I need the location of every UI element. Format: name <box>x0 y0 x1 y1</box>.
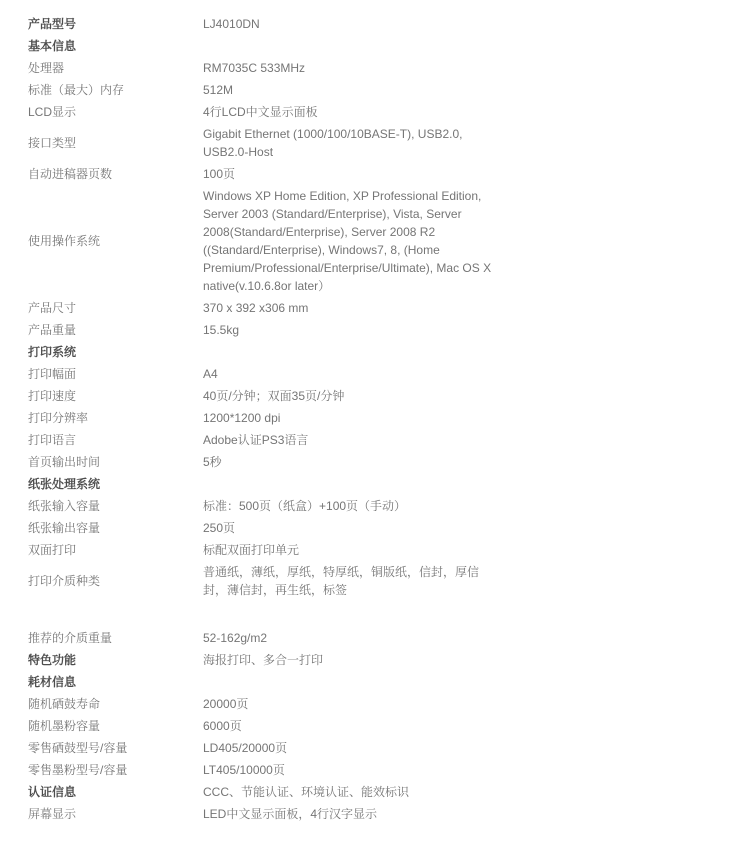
spec-row: LCD显示 4行LCD中文显示面板 <box>28 101 493 123</box>
spec-row: 打印语言 Adobe认证PS3语言 <box>28 429 493 451</box>
spec-table: 产品型号 LJ4010DN 基本信息 处理器 RM7035C 533MHz 标准… <box>28 13 493 825</box>
spec-value: 5秒 <box>203 451 493 473</box>
spec-row <box>28 601 493 627</box>
spec-label: 零售硒鼓型号/容量 <box>28 737 203 759</box>
spec-label: 产品型号 <box>28 13 203 35</box>
spec-row: 纸张输入容量 标准：500页（纸盒）+100页（手动） <box>28 495 493 517</box>
spec-value: LED中文显示面板，4行汉字显示 <box>203 803 493 825</box>
product-spec-page: 产品型号 LJ4010DN 基本信息 处理器 RM7035C 533MHz 标准… <box>0 0 750 854</box>
spec-label: 打印幅面 <box>28 363 203 385</box>
spec-row: 标准（最大）内存 512M <box>28 79 493 101</box>
spec-value: 250页 <box>203 517 493 539</box>
spec-row: 零售硒鼓型号/容量 LD405/20000页 <box>28 737 493 759</box>
spec-label: 双面打印 <box>28 539 203 561</box>
spec-row: 打印分辨率 1200*1200 dpi <box>28 407 493 429</box>
spec-label: 打印系统 <box>28 341 203 363</box>
spec-value: Adobe认证PS3语言 <box>203 429 493 451</box>
spec-label: 纸张处理系统 <box>28 473 203 495</box>
spec-value: LJ4010DN <box>203 13 493 35</box>
spec-table-body: 产品型号 LJ4010DN 基本信息 处理器 RM7035C 533MHz 标准… <box>28 13 493 825</box>
spec-row: 纸张处理系统 <box>28 473 493 495</box>
spec-value: 6000页 <box>203 715 493 737</box>
spec-label: 认证信息 <box>28 781 203 803</box>
spec-row: 纸张输出容量 250页 <box>28 517 493 539</box>
spec-label: 纸张输入容量 <box>28 495 203 517</box>
spec-row: 认证信息 CCC、节能认证、环境认证、能效标识 <box>28 781 493 803</box>
spec-row: 推荐的介质重量 52-162g/m2 <box>28 627 493 649</box>
spec-label <box>28 601 203 627</box>
spec-row: 屏幕显示 LED中文显示面板，4行汉字显示 <box>28 803 493 825</box>
spec-value: A4 <box>203 363 493 385</box>
spec-row: 接口类型 Gigabit Ethernet (1000/100/10BASE-T… <box>28 123 493 163</box>
spec-value: 20000页 <box>203 693 493 715</box>
spec-row: 打印速度 40页/分钟；双面35页/分钟 <box>28 385 493 407</box>
spec-row: 首页输出时间 5秒 <box>28 451 493 473</box>
spec-label: 打印语言 <box>28 429 203 451</box>
spec-row: 处理器 RM7035C 533MHz <box>28 57 493 79</box>
spec-value: 海报打印、多合一打印 <box>203 649 493 671</box>
spec-row: 特色功能 海报打印、多合一打印 <box>28 649 493 671</box>
spec-label: 纸张输出容量 <box>28 517 203 539</box>
spec-label: 接口类型 <box>28 123 203 163</box>
spec-label: 处理器 <box>28 57 203 79</box>
spec-value <box>203 35 493 57</box>
spec-value: 100页 <box>203 163 493 185</box>
spec-value: 1200*1200 dpi <box>203 407 493 429</box>
spec-row: 零售墨粉型号/容量 LT405/10000页 <box>28 759 493 781</box>
spec-value: LD405/20000页 <box>203 737 493 759</box>
spec-value: RM7035C 533MHz <box>203 57 493 79</box>
spec-value: 52-162g/m2 <box>203 627 493 649</box>
spec-value <box>203 473 493 495</box>
spec-label: 零售墨粉型号/容量 <box>28 759 203 781</box>
spec-row: 随机硒鼓寿命 20000页 <box>28 693 493 715</box>
spec-row: 基本信息 <box>28 35 493 57</box>
spec-value: 标准：500页（纸盒）+100页（手动） <box>203 495 493 517</box>
spec-row: 产品型号 LJ4010DN <box>28 13 493 35</box>
spec-row: 使用操作系统 Windows XP Home Edition, XP Profe… <box>28 185 493 297</box>
spec-label: 特色功能 <box>28 649 203 671</box>
spec-label: 自动进稿器页数 <box>28 163 203 185</box>
spec-label: 推荐的介质重量 <box>28 627 203 649</box>
spec-label: 标准（最大）内存 <box>28 79 203 101</box>
spec-label: 屏幕显示 <box>28 803 203 825</box>
spec-value: CCC、节能认证、环境认证、能效标识 <box>203 781 493 803</box>
spec-value: 370 x 392 x306 mm <box>203 297 493 319</box>
spec-label: 打印速度 <box>28 385 203 407</box>
spec-row: 随机墨粉容量 6000页 <box>28 715 493 737</box>
spec-row: 耗材信息 <box>28 671 493 693</box>
spec-row: 自动进稿器页数 100页 <box>28 163 493 185</box>
spec-value: Gigabit Ethernet (1000/100/10BASE-T), US… <box>203 123 493 163</box>
spec-label: 随机硒鼓寿命 <box>28 693 203 715</box>
spec-label: 产品重量 <box>28 319 203 341</box>
spec-label: 打印介质种类 <box>28 561 203 601</box>
spec-value: 40页/分钟；双面35页/分钟 <box>203 385 493 407</box>
spec-value <box>203 671 493 693</box>
spec-value <box>203 341 493 363</box>
spec-value: 4行LCD中文显示面板 <box>203 101 493 123</box>
spec-label: LCD显示 <box>28 101 203 123</box>
spec-label: 使用操作系统 <box>28 185 203 297</box>
spec-label: 随机墨粉容量 <box>28 715 203 737</box>
spec-value: 标配双面打印单元 <box>203 539 493 561</box>
spec-value: 15.5kg <box>203 319 493 341</box>
spec-value: Windows XP Home Edition, XP Professional… <box>203 185 493 297</box>
spec-value: LT405/10000页 <box>203 759 493 781</box>
spec-row: 打印幅面 A4 <box>28 363 493 385</box>
spec-value: 512M <box>203 79 493 101</box>
spec-row: 产品重量 15.5kg <box>28 319 493 341</box>
spec-label: 首页输出时间 <box>28 451 203 473</box>
spec-label: 产品尺寸 <box>28 297 203 319</box>
spec-label: 打印分辨率 <box>28 407 203 429</box>
spec-value: 普通纸，薄纸，厚纸，特厚纸，铜版纸，信封，厚信封，薄信封，再生纸，标签 <box>203 561 493 601</box>
spec-row: 产品尺寸 370 x 392 x306 mm <box>28 297 493 319</box>
spec-row: 双面打印 标配双面打印单元 <box>28 539 493 561</box>
spec-value <box>203 601 493 627</box>
spec-label: 基本信息 <box>28 35 203 57</box>
spec-row: 打印系统 <box>28 341 493 363</box>
spec-label: 耗材信息 <box>28 671 203 693</box>
spec-row: 打印介质种类 普通纸，薄纸，厚纸，特厚纸，铜版纸，信封，厚信封，薄信封，再生纸，… <box>28 561 493 601</box>
